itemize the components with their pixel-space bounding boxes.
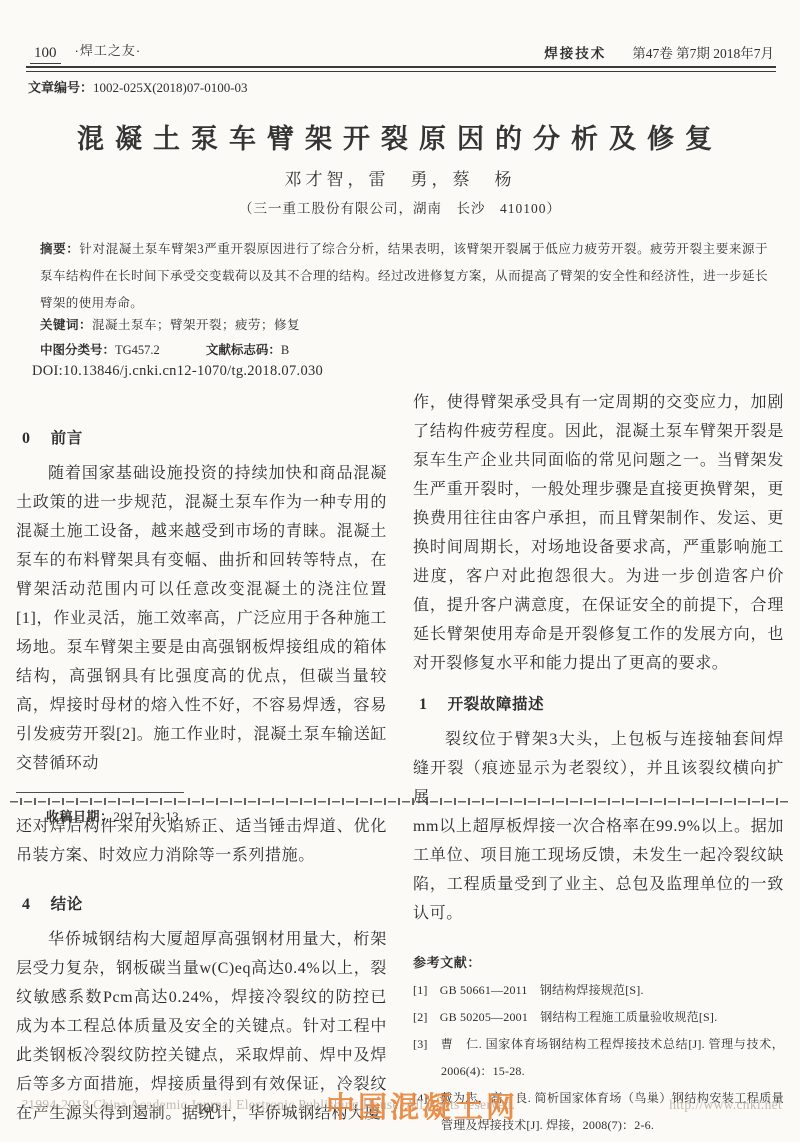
right-column-top: 作，使得臂架承受具有一定周期的交变应力，加剧了结构件疲劳程度。因此，混凝土泵车臂… xyxy=(413,388,784,798)
body-columns-bottom: 还对焊后构件采用火焰矫正、适当锤击焊道、优化吊装方案、时效应力消除等一系列措施。… xyxy=(16,812,784,1142)
dashed-divider xyxy=(10,798,790,805)
abstract-label: 摘要： xyxy=(40,242,79,256)
section-4-title: 结论 xyxy=(51,890,83,919)
reference-item: [3] 曹 仁. 国家体育场钢结构工程焊接技术总结[J]. 管理与技术，2006… xyxy=(413,1031,784,1085)
header-left: 100 ·焊工之友· xyxy=(30,40,141,64)
section-0-paragraph: 随着国家基础设施投资的持续加快和商品混凝土政策的进一步规范，混凝土泵车作为一种专… xyxy=(16,459,387,778)
journal-page: 100 ·焊工之友· 焊接技术 第47卷 第7期 2018年7月 文章编号：10… xyxy=(0,0,800,1142)
section-1-number: 1 xyxy=(419,690,428,719)
article-number-value: 1002-025X(2018)07-0100-03 xyxy=(93,80,248,95)
classification-line: 中图分类号：TG457.2 文献标志码：B xyxy=(40,340,289,358)
journal-name: 焊接技术 xyxy=(544,42,606,62)
references-label: 参考文献： xyxy=(413,948,784,977)
left-column-top: 0 前言 随着国家基础设施投资的持续加快和商品混凝土政策的进一步规范，混凝土泵车… xyxy=(16,388,387,798)
keywords-line: 关键词：混凝土泵车；臂架开裂；疲劳；修复 xyxy=(40,315,300,333)
reference-item: [1] GB 50661—2011 钢结构焊接规范[S]. xyxy=(413,977,784,1004)
clc-value: TG457.2 xyxy=(115,343,160,357)
section-1-heading: 1 开裂故障描述 xyxy=(419,690,784,719)
affiliation-line: （三一重工股份有限公司，湖南 长沙 410100） xyxy=(0,197,800,217)
keywords-label: 关键词： xyxy=(40,318,92,332)
spacer xyxy=(16,388,387,424)
issue-info: 第47卷 第7期 2018年7月 xyxy=(632,42,774,62)
section-1-title: 开裂故障描述 xyxy=(448,690,545,719)
paper-title: 混凝土泵车臂架开裂原因的分析及修复 xyxy=(0,117,800,156)
doc-code-label: 文献标志码： xyxy=(206,343,281,357)
spacer xyxy=(413,928,784,948)
page-header: 100 ·焊工之友· 焊接技术 第47卷 第7期 2018年7月 xyxy=(30,32,774,64)
header-page-number: 100 xyxy=(30,45,61,64)
clc-label: 中图分类号： xyxy=(40,343,115,357)
body-columns-top: 0 前言 随着国家基础设施投资的持续加快和商品混凝土政策的进一步规范，混凝土泵车… xyxy=(16,388,784,798)
bottom-left-paragraph: 还对焊后构件采用火焰矫正、适当锤击焊道、优化吊装方案、时效应力消除等一系列措施。 xyxy=(16,812,387,870)
article-number-label: 文章编号： xyxy=(28,80,93,95)
abstract-text: 针对混凝土泵车臂架3严重开裂原因进行了综合分析，结果表明，该臂架开裂属于低应力疲… xyxy=(40,242,768,310)
doc-code-pair: 文献标志码：B xyxy=(206,340,289,358)
section-4-heading: 4 结论 xyxy=(22,890,387,919)
doi-line: DOI:10.13846/j.cnki.cn12-1070/tg.2018.07… xyxy=(32,363,323,380)
authors-line: 邓才智，雷 勇，蔡 杨 xyxy=(0,165,800,190)
spacer xyxy=(413,678,784,690)
header-double-rule xyxy=(26,66,776,72)
bottom-right-paragraph: mm以上超厚板焊接一次合格率在99.9%以上。据加工单位、项目施工现场反馈，未发… xyxy=(413,812,784,928)
keywords-text: 混凝土泵车；臂架开裂；疲劳；修复 xyxy=(92,318,300,332)
abstract-block: 摘要：针对混凝土泵车臂架3严重开裂原因进行了综合分析，结果表明，该臂架开裂属于低… xyxy=(40,236,768,317)
reference-item: [4] 戴为志，高 良. 简析国家体育场（鸟巢）钢结构安装工程质量管理及焊接技术… xyxy=(413,1085,784,1139)
section-0-heading: 0 前言 xyxy=(22,424,387,453)
continuation-paragraph: 作，使得臂架承受具有一定周期的交变应力，加剧了结构件疲劳程度。因此，混凝土泵车臂… xyxy=(413,388,784,678)
article-number-line: 文章编号：1002-025X(2018)07-0100-03 xyxy=(28,77,248,96)
clc-pair: 中图分类号：TG457.2 xyxy=(40,340,160,358)
reference-item: [2] GB 50205—2001 钢结构工程施工质量验收规范[S]. xyxy=(413,1004,784,1031)
spacer xyxy=(16,870,387,890)
header-right: 焊接技术 第47卷 第7期 2018年7月 xyxy=(544,42,774,62)
doc-code-value: B xyxy=(281,343,289,357)
footnote-rule xyxy=(16,792,184,793)
section-0-number: 0 xyxy=(22,424,31,453)
left-column-bottom: 还对焊后构件采用火焰矫正、适当锤击焊道、优化吊装方案、时效应力消除等一系列措施。… xyxy=(16,812,387,1142)
section-0-title: 前言 xyxy=(51,424,83,453)
section-4-paragraph: 华侨城钢结构大厦超厚高强钢材用量大，桁架层受力复杂，钢板碳当量w(C)eq高达0… xyxy=(16,925,387,1128)
column-title: ·焊工之友· xyxy=(75,40,142,59)
section-4-number: 4 xyxy=(22,890,31,919)
footer-page-number: 100 xyxy=(196,1101,219,1118)
right-column-bottom: mm以上超厚板焊接一次合格率在99.9%以上。据加工单位、项目施工现场反馈，未发… xyxy=(413,812,784,1142)
